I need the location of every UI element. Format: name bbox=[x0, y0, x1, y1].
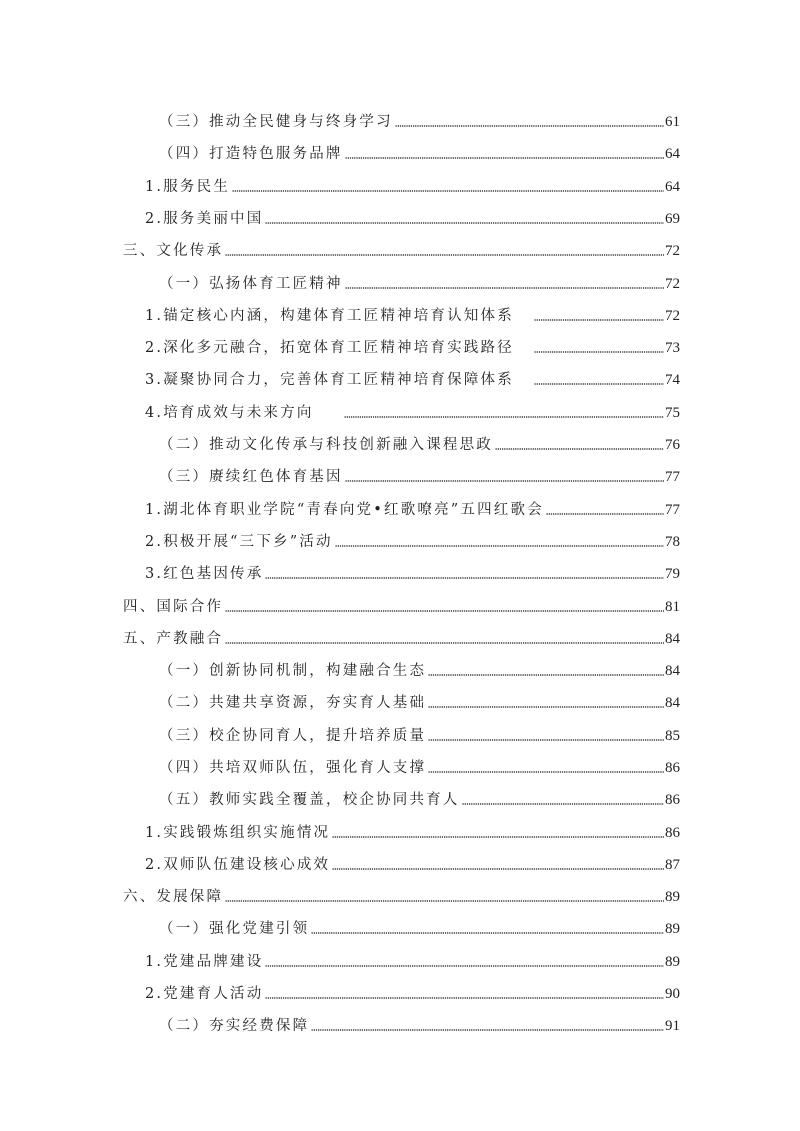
toc-entry-page-number: 86 bbox=[665, 823, 680, 843]
toc-entry-page-number: 72 bbox=[665, 274, 680, 294]
toc-entry-page-number: 78 bbox=[665, 532, 680, 552]
toc-entry-page-number: 84 bbox=[665, 661, 680, 681]
toc-entry[interactable]: （四）打造特色服务品牌64 bbox=[159, 140, 680, 164]
dot-leader bbox=[265, 222, 664, 224]
toc-entry-page-number: 90 bbox=[665, 984, 680, 1004]
toc-entry-page-number: 77 bbox=[665, 500, 680, 520]
dot-leader bbox=[345, 157, 664, 159]
dot-leader bbox=[335, 545, 664, 547]
dot-leader bbox=[534, 351, 664, 353]
dot-leader bbox=[225, 610, 664, 612]
toc-entry-title: 1.服务民生 bbox=[145, 177, 230, 197]
toc-entry[interactable]: （一）强化党建引领89 bbox=[159, 915, 680, 939]
toc-entry-page-number: 89 bbox=[665, 919, 680, 939]
toc-entry[interactable]: 六、发展保障89 bbox=[123, 883, 680, 907]
toc-entry-page-number: 89 bbox=[665, 887, 680, 907]
toc-entry-page-number: 73 bbox=[665, 338, 680, 358]
toc-entry[interactable]: 1.锚定核心内涵，构建体育工匠精神培育认知体系72 bbox=[145, 302, 680, 326]
toc-entry[interactable]: 1.党建品牌建设89 bbox=[145, 948, 680, 972]
toc-entry-title: 2.服务美丽中国 bbox=[145, 209, 263, 229]
dot-leader bbox=[534, 383, 664, 385]
toc-entry[interactable]: （一）弘扬体育工匠精神72 bbox=[159, 270, 680, 294]
toc-entry[interactable]: 2.积极开展“三下乡”活动78 bbox=[145, 528, 680, 552]
dot-leader bbox=[428, 674, 664, 676]
toc-entry-page-number: 64 bbox=[665, 177, 680, 197]
dot-leader bbox=[546, 513, 664, 515]
dot-leader bbox=[225, 642, 664, 644]
toc-entry-page-number: 85 bbox=[665, 726, 680, 746]
toc-entry-title: （三）校企协同育人，提升培养质量 bbox=[159, 726, 426, 746]
dot-leader bbox=[225, 900, 664, 902]
toc-entry-page-number: 72 bbox=[665, 241, 680, 261]
dot-leader bbox=[428, 706, 664, 708]
toc-entry-title: （二）共建共享资源，夯实育人基础 bbox=[159, 693, 426, 713]
toc-entry-title: 1.湖北体育职业学院“青春向党•红歌嘹亮”五四红歌会 bbox=[145, 500, 544, 520]
toc-entry[interactable]: （三）赓续红色体育基因77 bbox=[159, 463, 680, 487]
toc-entry-page-number: 91 bbox=[665, 1016, 680, 1036]
dot-leader bbox=[345, 287, 664, 289]
toc-entry-page-number: 89 bbox=[665, 952, 680, 972]
toc-entry-title: 2.党建育人活动 bbox=[145, 984, 263, 1004]
dot-leader bbox=[534, 319, 664, 321]
toc-entry-page-number: 76 bbox=[665, 435, 680, 455]
toc-entry-title: （二）夯实经费保障 bbox=[159, 1016, 309, 1036]
toc-entry[interactable]: 1.服务民生64 bbox=[145, 173, 680, 197]
toc-entry-title: （五）教师实践全覆盖，校企协同共育人 bbox=[159, 790, 460, 810]
toc-entry-page-number: 69 bbox=[665, 209, 680, 229]
toc-entry-page-number: 81 bbox=[665, 597, 680, 617]
dot-leader bbox=[265, 997, 664, 999]
toc-entry-page-number: 75 bbox=[665, 403, 680, 423]
toc-entry-title: 2.双师队伍建设核心成效 bbox=[145, 855, 330, 875]
toc-entry[interactable]: （四）共培双师队伍，强化育人支撑86 bbox=[159, 754, 680, 778]
toc-entry-page-number: 77 bbox=[665, 467, 680, 487]
toc-entry[interactable]: 4.培育成效与未来方向75 bbox=[145, 399, 680, 423]
toc-entry-page-number: 74 bbox=[665, 370, 680, 390]
toc-entry[interactable]: 3.红色基因传承79 bbox=[145, 560, 680, 584]
toc-entry-title: 3.红色基因传承 bbox=[145, 564, 263, 584]
toc-entry[interactable]: 五、产教融合84 bbox=[123, 625, 680, 649]
dot-leader bbox=[265, 965, 664, 967]
document-page: （三）推动全民健身与终身学习61（四）打造特色服务品牌641.服务民生642.服… bbox=[0, 0, 800, 1131]
toc-entry[interactable]: 2.服务美丽中国69 bbox=[145, 205, 680, 229]
toc-entry-title: 1.锚定核心内涵，构建体育工匠精神培育认知体系 bbox=[145, 306, 514, 326]
toc-entry-page-number: 61 bbox=[665, 112, 680, 132]
dot-leader bbox=[332, 836, 664, 838]
toc-entry-title: 四、国际合作 bbox=[123, 597, 223, 617]
toc-entry[interactable]: 2.党建育人活动90 bbox=[145, 980, 680, 1004]
toc-entry-page-number: 72 bbox=[665, 306, 680, 326]
dot-leader bbox=[428, 771, 664, 773]
toc-entry[interactable]: （五）教师实践全覆盖，校企协同共育人86 bbox=[159, 786, 680, 810]
toc-entry-title: （三）推动全民健身与终身学习 bbox=[159, 112, 393, 132]
dot-leader bbox=[495, 448, 664, 450]
toc-entry-title: 五、产教融合 bbox=[123, 629, 223, 649]
toc-entry-page-number: 86 bbox=[665, 758, 680, 778]
toc-entry[interactable]: 三、文化传承72 bbox=[123, 237, 680, 261]
toc-entry[interactable]: 四、国际合作81 bbox=[123, 593, 680, 617]
toc-entry-page-number: 87 bbox=[665, 855, 680, 875]
toc-entry[interactable]: 2.双师队伍建设核心成效87 bbox=[145, 851, 680, 875]
toc-entry-title: （一）强化党建引领 bbox=[159, 919, 309, 939]
toc-entry[interactable]: 3.凝聚协同合力，完善体育工匠精神培育保障体系74 bbox=[145, 366, 680, 390]
toc-entry[interactable]: （一）创新协同机制，构建融合生态84 bbox=[159, 657, 680, 681]
toc-entry[interactable]: （二）夯实经费保障91 bbox=[159, 1012, 680, 1036]
dot-leader bbox=[265, 577, 664, 579]
dot-leader bbox=[395, 125, 664, 127]
toc-entry-title: 六、发展保障 bbox=[123, 887, 223, 907]
toc-entry-page-number: 86 bbox=[665, 790, 680, 810]
toc-entry[interactable]: 1.湖北体育职业学院“青春向党•红歌嘹亮”五四红歌会77 bbox=[145, 496, 680, 520]
dot-leader bbox=[311, 1029, 664, 1031]
toc-entry-title: 三、文化传承 bbox=[123, 241, 223, 261]
toc-entry-title: 3.凝聚协同合力，完善体育工匠精神培育保障体系 bbox=[145, 370, 514, 390]
dot-leader bbox=[232, 190, 664, 192]
toc-entry[interactable]: 1.实践锻炼组织实施情况86 bbox=[145, 819, 680, 843]
toc-entry-title: （二）推动文化传承与科技创新融入课程思政 bbox=[159, 435, 493, 455]
dot-leader bbox=[428, 739, 664, 741]
toc-entry-title: （一）弘扬体育工匠精神 bbox=[159, 274, 343, 294]
dot-leader bbox=[345, 480, 664, 482]
toc-entry-title: 2.深化多元融合，拓宽体育工匠精神培育实践路径 bbox=[145, 338, 514, 358]
toc-entry-title: （三）赓续红色体育基因 bbox=[159, 467, 343, 487]
toc-entry-page-number: 84 bbox=[665, 693, 680, 713]
toc-entry[interactable]: 2.深化多元融合，拓宽体育工匠精神培育实践路径73 bbox=[145, 334, 680, 358]
toc-entry[interactable]: （二）共建共享资源，夯实育人基础84 bbox=[159, 689, 680, 713]
dot-leader bbox=[225, 254, 664, 256]
toc-entry[interactable]: （三）校企协同育人，提升培养质量85 bbox=[159, 722, 680, 746]
toc-entry-title: （四）共培双师队伍，强化育人支撑 bbox=[159, 758, 426, 778]
toc-entry-title: 1.实践锻炼组织实施情况 bbox=[145, 823, 330, 843]
toc-entry-page-number: 84 bbox=[665, 629, 680, 649]
dot-leader bbox=[311, 932, 664, 934]
toc-entry-page-number: 79 bbox=[665, 564, 680, 584]
toc-entry[interactable]: （二）推动文化传承与科技创新融入课程思政76 bbox=[159, 431, 680, 455]
toc-entry-title: 2.积极开展“三下乡”活动 bbox=[145, 532, 333, 552]
toc-entry-title: 4.培育成效与未来方向 bbox=[145, 403, 314, 423]
toc-entry[interactable]: （三）推动全民健身与终身学习61 bbox=[159, 108, 680, 132]
toc-entry-title: 1.党建品牌建设 bbox=[145, 952, 263, 972]
dot-leader bbox=[462, 803, 664, 805]
toc-entry-title: （一）创新协同机制，构建融合生态 bbox=[159, 661, 426, 681]
dot-leader bbox=[344, 416, 664, 418]
toc-entry-page-number: 64 bbox=[665, 144, 680, 164]
dot-leader bbox=[332, 868, 664, 870]
toc-entry-title: （四）打造特色服务品牌 bbox=[159, 144, 343, 164]
